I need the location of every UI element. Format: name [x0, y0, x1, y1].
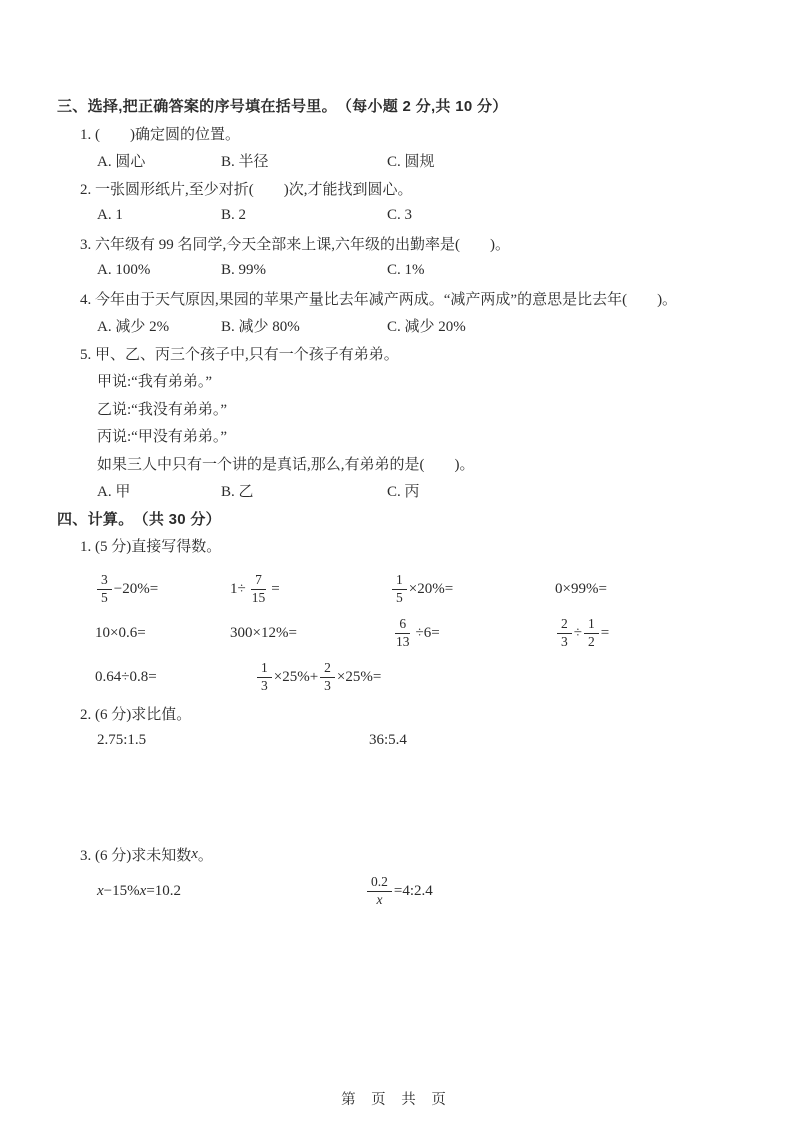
option-a: A. 1 [97, 207, 221, 224]
math-expression: 1÷715= [230, 572, 390, 607]
fraction: 13 [257, 660, 272, 695]
math-expression: 0×99%= [555, 581, 765, 598]
option-b: B. 减少 80% [221, 315, 387, 336]
ratio-values-row: 2.75:1.5 36:5.4 [57, 727, 765, 755]
option-a: A. 减少 2% [97, 315, 221, 336]
section4-heading-note: （共 30 分） [134, 508, 221, 529]
calc-row-1: 35−20%= 1÷715= 15×20%= 0×99%= [57, 568, 765, 612]
section4-heading: 四、计算。（共 30 分） [57, 505, 765, 533]
fraction: 0.2x [367, 874, 392, 909]
calc-row-3: 0.64÷0.8= 13×25%+23×25%= [57, 656, 765, 700]
option-b: B. 半径 [221, 150, 387, 171]
calc-row-2: 10×0.6= 300×12%= 613÷6= 23÷12= [57, 612, 765, 656]
math-expression: 23÷12= [555, 616, 765, 651]
option-b: B. 2 [221, 207, 387, 224]
question-5-statement-yi: 乙说:“我没有弟弟。” [57, 395, 765, 423]
section3-heading-note: （每小题 2 分,共 10 分） [337, 95, 508, 116]
math-expression: 10×0.6= [95, 625, 230, 642]
equation-expression: x−15%x=10.2 [97, 883, 365, 900]
question-4-text: 4. 今年由于天气原因,果园的苹果产量比去年减产两成。“减产两成”的意思是比去年… [57, 285, 765, 313]
option-c: C. 丙 [387, 480, 420, 501]
option-c: C. 1% [387, 262, 425, 279]
fraction: 613 [392, 616, 414, 651]
section3-heading-main: 三、选择,把正确答案的序号填在括号里。 [57, 95, 337, 116]
ratio-expression: 2.75:1.5 [97, 732, 369, 749]
question-3-options: A. 100% B. 99% C. 1% [57, 257, 765, 285]
math-expression: 15×20%= [390, 572, 555, 607]
option-c: C. 圆规 [387, 150, 435, 171]
question-5-statement-jia: 甲说:“我有弟弟。” [57, 367, 765, 395]
ratio-expression: 36:5.4 [369, 732, 407, 749]
option-c: C. 3 [387, 207, 412, 224]
equation-expression: 0.2x=4:2.4 [365, 874, 765, 909]
option-c: C. 减少 20% [387, 315, 466, 336]
paper-content: 三、选择,把正确答案的序号填在括号里。（每小题 2 分,共 10 分） 1. (… [57, 92, 765, 914]
question-1-options: A. 圆心 B. 半径 C. 圆规 [57, 147, 765, 175]
math-expression: 35−20%= [95, 572, 230, 607]
fraction: 12 [584, 616, 599, 651]
option-a: A. 圆心 [97, 150, 221, 171]
question-5-conclusion: 如果三人中只有一个讲的是真话,那么,有弟弟的是( )。 [57, 450, 765, 478]
question-5-statement-bing: 丙说:“甲没有弟弟。” [57, 422, 765, 450]
question-2-options: A. 1 B. 2 C. 3 [57, 202, 765, 230]
solve-x-row: x−15%x=10.2 0.2x=4:2.4 [57, 868, 765, 914]
option-b: B. 乙 [221, 480, 387, 501]
test-paper-page: 三、选择,把正确答案的序号填在括号里。（每小题 2 分,共 10 分） 1. (… [0, 0, 793, 1122]
option-b: B. 99% [221, 262, 387, 279]
fraction: 35 [97, 572, 112, 607]
fraction: 715 [248, 572, 270, 607]
math-expression: 300×12%= [230, 625, 390, 642]
section3-heading: 三、选择,把正确答案的序号填在括号里。（每小题 2 分,共 10 分） [57, 92, 765, 120]
section4-sub3-label: 3. (6 分)求未知数 x。 [57, 841, 765, 869]
question-3-text: 3. 六年级有 99 名同学,今天全部来上课,六年级的出勤率是( )。 [57, 230, 765, 258]
question-2-text: 2. 一张圆形纸片,至少对折( )次,才能找到圆心。 [57, 175, 765, 203]
section4-sub1-label: 1. (5 分)直接写得数。 [57, 532, 765, 560]
question-1-text: 1. ( )确定圆的位置。 [57, 120, 765, 148]
question-4-options: A. 减少 2% B. 减少 80% C. 减少 20% [57, 312, 765, 340]
question-5-text: 5. 甲、乙、丙三个孩子中,只有一个孩子有弟弟。 [57, 340, 765, 368]
question-5-options: A. 甲 B. 乙 C. 丙 [57, 477, 765, 505]
option-a: A. 甲 [97, 480, 221, 501]
fraction: 15 [392, 572, 407, 607]
math-expression: 0.64÷0.8= [95, 669, 255, 686]
section4-heading-main: 四、计算。 [57, 508, 134, 529]
math-expression: 613÷6= [390, 616, 555, 651]
math-expression: 13×25%+23×25%= [255, 660, 415, 695]
section4-sub2-label: 2. (6 分)求比值。 [57, 700, 765, 728]
fraction: 23 [320, 660, 335, 695]
page-footer: 第 页 共 页 [0, 1088, 793, 1109]
option-a: A. 100% [97, 262, 221, 279]
fraction: 23 [557, 616, 572, 651]
